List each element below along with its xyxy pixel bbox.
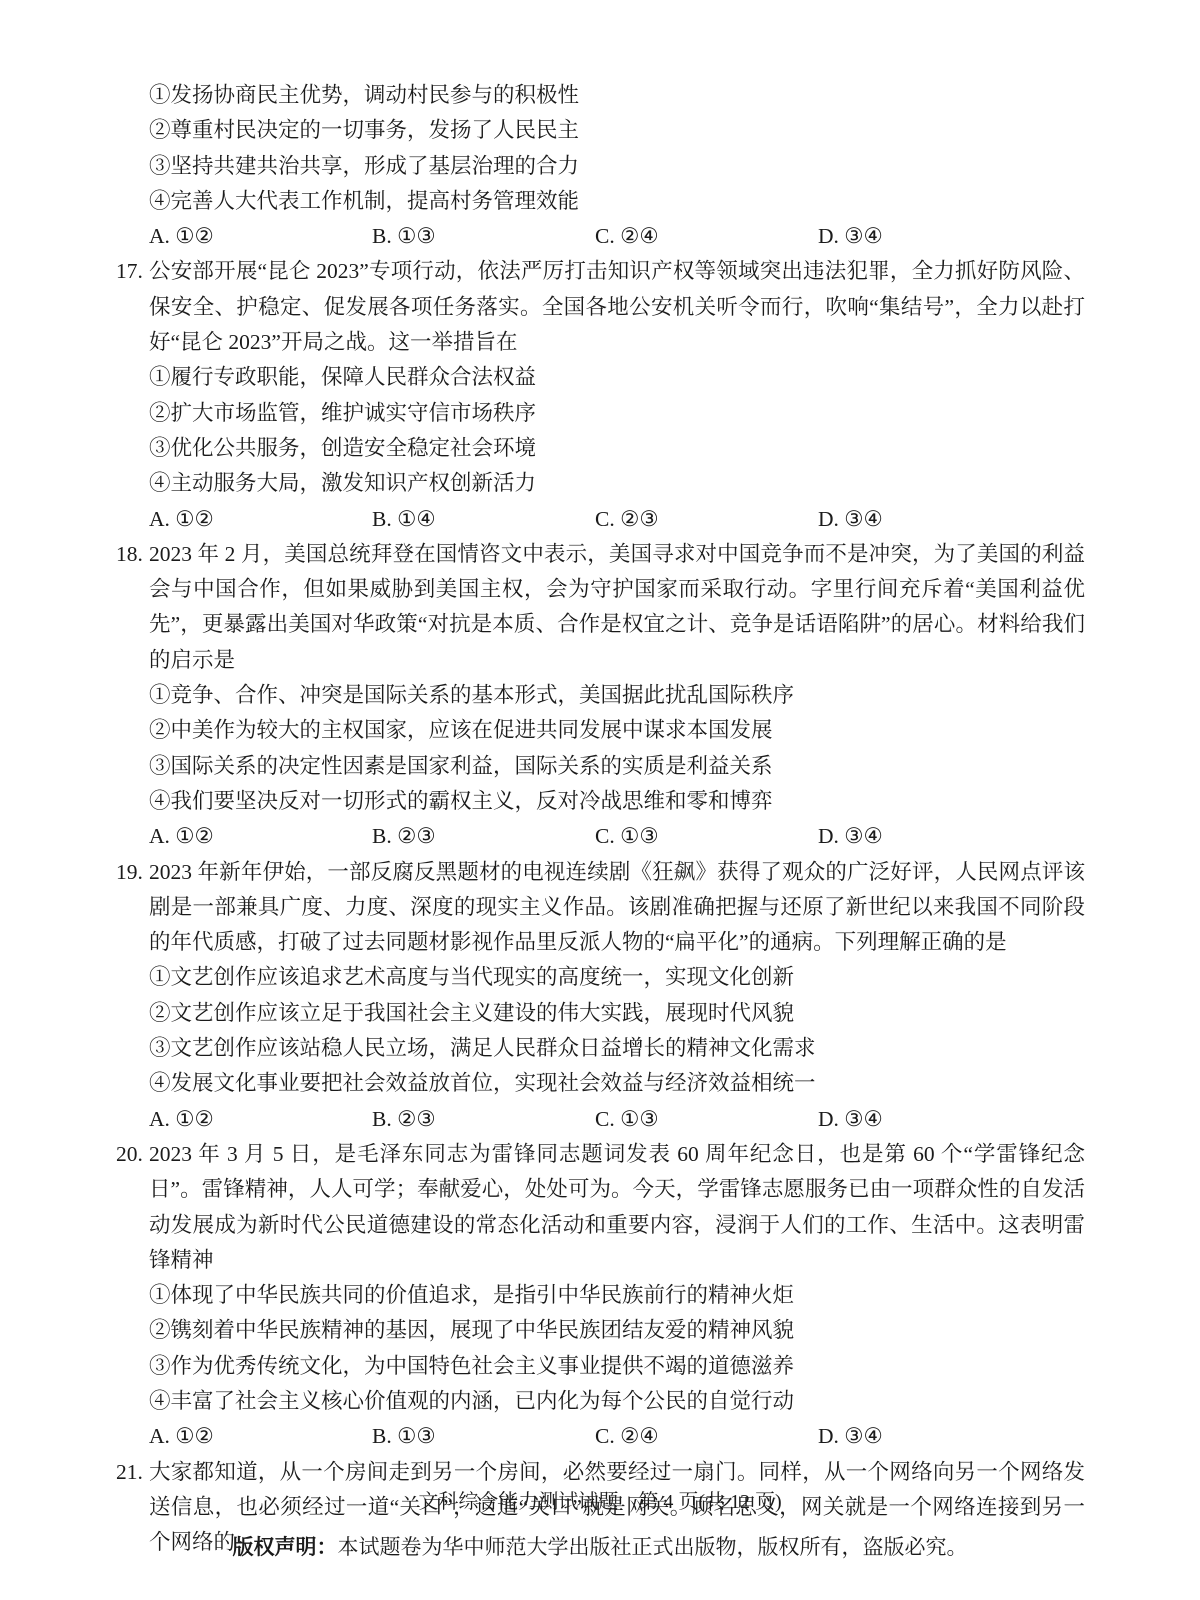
question-16-choice-d: D. ③④ xyxy=(818,219,883,254)
question-18-option-2: ②中美作为较大的主权国家，应该在促进共同发展中谋求本国发展 xyxy=(116,713,1085,748)
question-17-choices: A. ①② B. ①④ C. ②③ D. ③④ xyxy=(116,502,1085,537)
question-17-option-3: ③优化公共服务，创造安全稳定社会环境 xyxy=(116,431,1085,466)
question-20-stem-text: 2023 年 3 月 5 日，是毛泽东同志为雷锋同志题词发表 60 周年纪念日，… xyxy=(149,1142,1085,1272)
question-17-number: 17. xyxy=(116,254,143,289)
question-20-number: 20. xyxy=(116,1137,143,1172)
question-16-option-1: ①发扬协商民主优势，调动村民参与的积极性 xyxy=(116,78,1085,113)
question-20: 20. 2023 年 3 月 5 日，是毛泽东同志为雷锋同志题词发表 60 周年… xyxy=(116,1137,1085,1455)
question-20-option-1: ①体现了中华民族共同的价值追求，是指引中华民族前行的精神火炬 xyxy=(116,1278,1085,1313)
question-17-stem: 17. 公安部开展“昆仑 2023”专项行动，依法严厉打击知识产权等领域突出违法… xyxy=(116,254,1085,360)
question-16-choice-a: A. ①② xyxy=(149,219,372,254)
question-19-option-3: ③文艺创作应该站稳人民立场，满足人民群众日益增长的精神文化需求 xyxy=(116,1031,1085,1066)
question-16-choice-b: B. ①③ xyxy=(372,219,595,254)
question-18-option-4: ④我们要坚决反对一切形式的霸权主义，反对冷战思维和零和博弈 xyxy=(116,784,1085,819)
question-19-stem-text: 2023 年新年伊始，一部反腐反黑题材的电视连续剧《狂飙》获得了观众的广泛好评，… xyxy=(149,860,1085,955)
question-19-number: 19. xyxy=(116,855,143,890)
exam-page: ①发扬协商民主优势，调动村民参与的积极性 ②尊重村民决定的一切事务，发扬了人民民… xyxy=(0,0,1200,1600)
question-19-option-4: ④发展文化事业要把社会效益放首位，实现社会效益与经济效益相统一 xyxy=(116,1066,1085,1101)
copyright-text: 本试题卷为华中师范大学出版社正式出版物，版权所有，盗版必究。 xyxy=(338,1535,968,1559)
question-17: 17. 公安部开展“昆仑 2023”专项行动，依法严厉打击知识产权等领域突出违法… xyxy=(116,254,1085,536)
question-19-choice-c: C. ①③ xyxy=(595,1102,818,1137)
question-18-stem: 18. 2023 年 2 月，美国总统拜登在国情咨文中表示，美国寻求对中国竞争而… xyxy=(116,537,1085,678)
question-19: 19. 2023 年新年伊始，一部反腐反黑题材的电视连续剧《狂飙》获得了观众的广… xyxy=(116,855,1085,1137)
question-18-stem-text: 2023 年 2 月，美国总统拜登在国情咨文中表示，美国寻求对中国竞争而不是冲突… xyxy=(149,542,1085,672)
question-20-option-3: ③作为优秀传统文化，为中国特色社会主义事业提供不竭的道德滋养 xyxy=(116,1349,1085,1384)
question-16-choices: A. ①② B. ①③ C. ②④ D. ③④ xyxy=(116,219,1085,254)
question-20-choices: A. ①② B. ①③ C. ②④ D. ③④ xyxy=(116,1419,1085,1454)
question-18: 18. 2023 年 2 月，美国总统拜登在国情咨文中表示，美国寻求对中国竞争而… xyxy=(116,537,1085,855)
question-17-option-4: ④主动服务大局，激发知识产权创新活力 xyxy=(116,466,1085,501)
question-19-stem: 19. 2023 年新年伊始，一部反腐反黑题材的电视连续剧《狂飙》获得了观众的广… xyxy=(116,855,1085,961)
question-16-tail: ①发扬协商民主优势，调动村民参与的积极性 ②尊重村民决定的一切事务，发扬了人民民… xyxy=(116,78,1085,254)
question-20-option-2: ②镌刻着中华民族精神的基因，展现了中华民族团结友爱的精神风貌 xyxy=(116,1313,1085,1348)
question-19-choice-d: D. ③④ xyxy=(818,1102,883,1137)
question-17-choice-b: B. ①④ xyxy=(372,502,595,537)
copyright-label: 版权声明： xyxy=(233,1535,338,1559)
question-20-choice-c: C. ②④ xyxy=(595,1419,818,1454)
question-17-option-2: ②扩大市场监管，维护诚实守信市场秩序 xyxy=(116,396,1085,431)
question-20-stem: 20. 2023 年 3 月 5 日，是毛泽东同志为雷锋同志题词发表 60 周年… xyxy=(116,1137,1085,1278)
exam-content: ①发扬协商民主优势，调动村民参与的积极性 ②尊重村民决定的一切事务，发扬了人民民… xyxy=(116,78,1085,1560)
question-16-option-2: ②尊重村民决定的一切事务，发扬了人民民主 xyxy=(116,113,1085,148)
question-20-option-4: ④丰富了社会主义核心价值观的内涵，已内化为每个公民的自觉行动 xyxy=(116,1384,1085,1419)
question-20-choice-a: A. ①② xyxy=(149,1419,372,1454)
question-21-number: 21. xyxy=(116,1455,143,1490)
question-19-choices: A. ①② B. ②③ C. ①③ D. ③④ xyxy=(116,1102,1085,1137)
page-footer: 文科综合能力测试试题 第 4 页(共 12 页) xyxy=(0,1486,1200,1518)
question-17-stem-text: 公安部开展“昆仑 2023”专项行动，依法严厉打击知识产权等领域突出违法犯罪，全… xyxy=(149,259,1085,354)
question-19-choice-a: A. ①② xyxy=(149,1102,372,1137)
copyright-line: 版权声明：本试题卷为华中师范大学出版社正式出版物，版权所有，盗版必究。 xyxy=(0,1530,1200,1564)
question-16-option-4: ④完善人大代表工作机制，提高村务管理效能 xyxy=(116,184,1085,219)
question-18-choice-a: A. ①② xyxy=(149,819,372,854)
page-number-label: 文科综合能力测试试题 第 4 页(共 12 页) xyxy=(418,1491,781,1513)
question-18-choice-c: C. ①③ xyxy=(595,819,818,854)
question-17-choice-d: D. ③④ xyxy=(818,502,883,537)
question-18-option-1: ①竞争、合作、冲突是国际关系的基本形式，美国据此扰乱国际秩序 xyxy=(116,678,1085,713)
question-18-choice-b: B. ②③ xyxy=(372,819,595,854)
question-19-choice-b: B. ②③ xyxy=(372,1102,595,1137)
question-20-choice-d: D. ③④ xyxy=(818,1419,883,1454)
question-18-choices: A. ①② B. ②③ C. ①③ D. ③④ xyxy=(116,819,1085,854)
question-19-option-1: ①文艺创作应该追求艺术高度与当代现实的高度统一，实现文化创新 xyxy=(116,960,1085,995)
question-16-choice-c: C. ②④ xyxy=(595,219,818,254)
question-17-choice-c: C. ②③ xyxy=(595,502,818,537)
question-17-choice-a: A. ①② xyxy=(149,502,372,537)
question-18-number: 18. xyxy=(116,537,143,572)
question-18-choice-d: D. ③④ xyxy=(818,819,883,854)
question-16-option-3: ③坚持共建共治共享，形成了基层治理的合力 xyxy=(116,149,1085,184)
question-20-choice-b: B. ①③ xyxy=(372,1419,595,1454)
question-17-option-1: ①履行专政职能，保障人民群众合法权益 xyxy=(116,360,1085,395)
question-19-option-2: ②文艺创作应该立足于我国社会主义建设的伟大实践，展现时代风貌 xyxy=(116,996,1085,1031)
question-18-option-3: ③国际关系的决定性因素是国家利益，国际关系的实质是利益关系 xyxy=(116,749,1085,784)
